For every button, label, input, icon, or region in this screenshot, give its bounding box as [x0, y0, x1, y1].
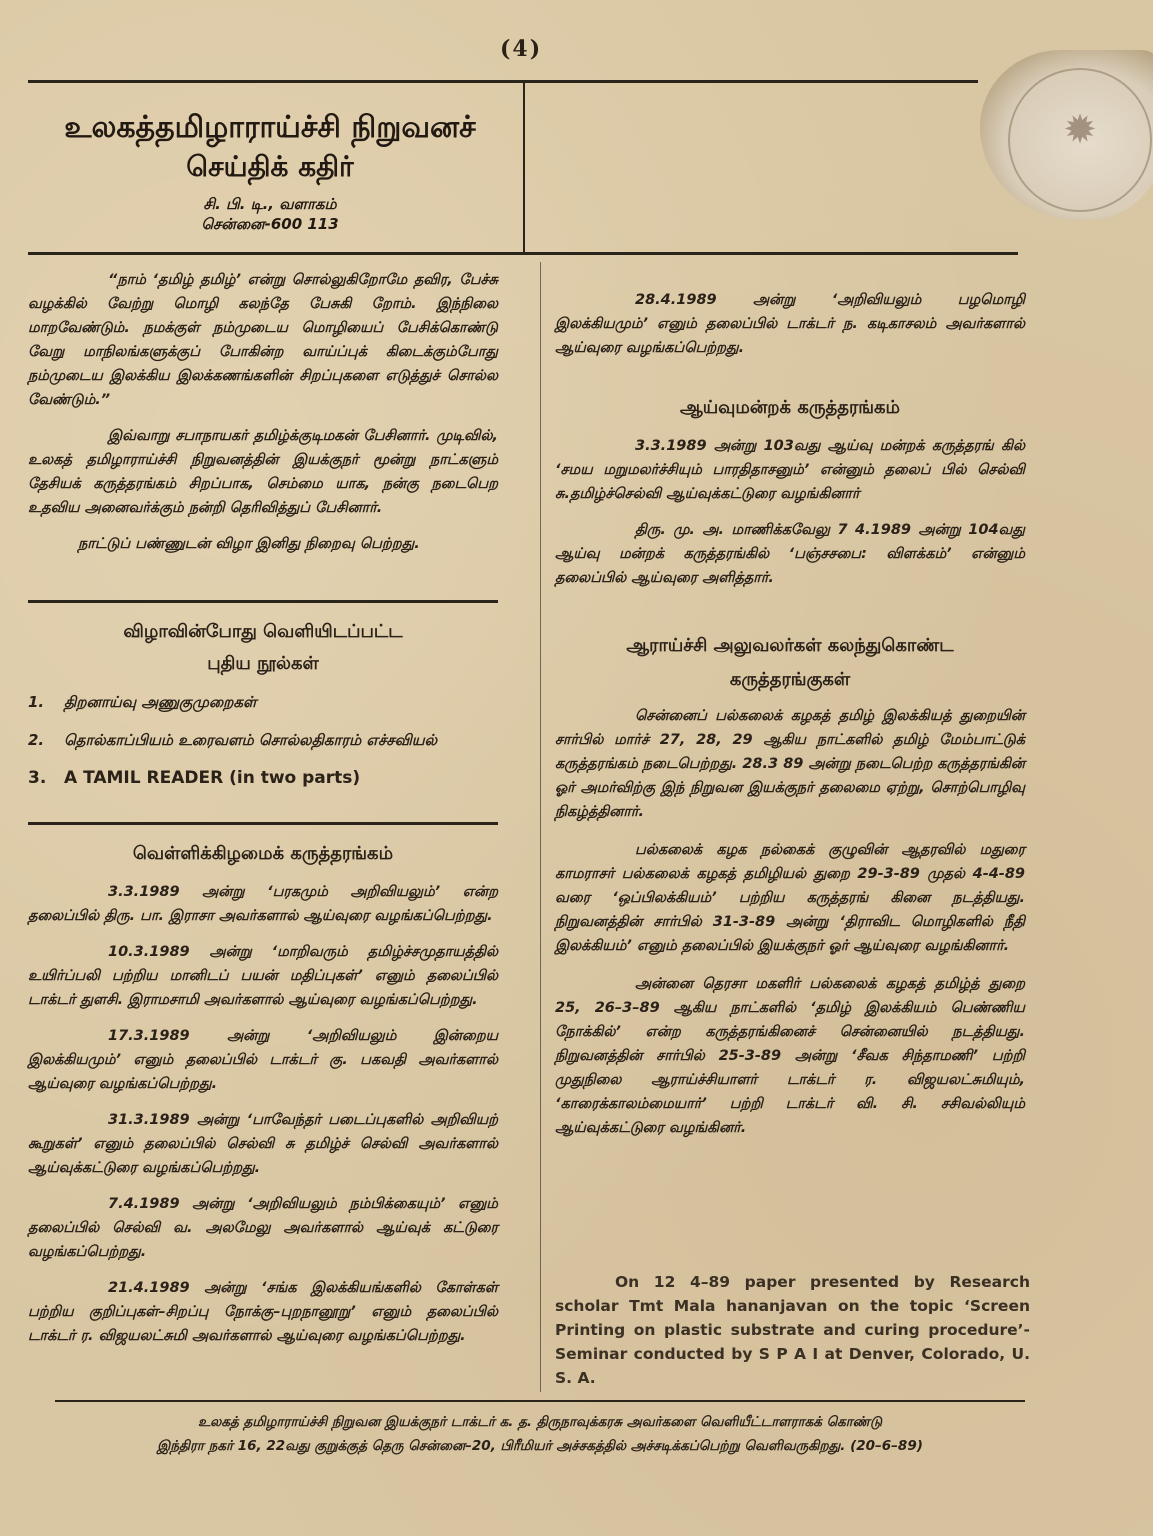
institution-seal-icon: ✹: [1008, 68, 1152, 212]
top-rule: [28, 80, 978, 83]
masthead-title: உலகத்தமிழாராய்ச்சி நிறுவனச்: [20, 110, 520, 149]
seminar-entry: 21.4.1989 அன்று ‘சங்க இலக்கியங்களில் கோள…: [28, 1276, 498, 1348]
books-heading: விழாவின்போது வெளியிடப்பட்ட: [28, 620, 498, 644]
forum-entry: திரு. மு. அ. மாணிக்கவேலு 7 4.1989 அன்று …: [555, 518, 1025, 590]
footer-rule: [55, 1400, 1025, 1402]
seminar-entry: 3.3.1989 அன்று ‘பரகமும் அறிவியலும்’ என்ற…: [28, 880, 498, 928]
book-item: 2.தொல்காப்பியம் உரைவளம் சொல்லதிகாரம் எச்…: [28, 728, 498, 752]
masthead-bottom-rule: [28, 252, 1018, 255]
closing-paragraph: இவ்வாறு சபாநாயகர் தமிழ்க்குடிமகன் பேசினா…: [28, 424, 498, 520]
books-subheading: புதிய நூல்கள்: [28, 652, 498, 676]
friday-seminar-section: வெள்ளிக்கிழமைக் கருத்தரங்கம் 3.3.1989 அன…: [28, 842, 498, 1348]
officers-subheading: கருத்தரங்குகள்: [555, 668, 1025, 692]
right-column: 28.4.1989 அன்று ‘அறிவியலும் பழமொழி இலக்க…: [555, 288, 1025, 1140]
left-column: “நாம் ‘தமிழ் தமிழ்’ என்று சொல்லுகிறோமே த…: [28, 268, 498, 556]
book-item: 3.A TAMIL READER (in two parts): [28, 766, 498, 790]
section-rule: [28, 822, 498, 825]
page-number: (4): [500, 36, 542, 62]
masthead-address: சி. பி. டி., வளாகம்: [20, 195, 520, 215]
masthead-city: சென்னை-600 113: [20, 215, 520, 235]
anthem-line: நாட்டுப் பண்ணுடன் விழா இனிது நிறைவு பெற்…: [28, 532, 498, 556]
officers-heading: ஆராய்ச்சி அலுவலர்கள் கலந்துகொண்ட: [555, 634, 1025, 658]
books-section: விழாவின்போது வெளியிடப்பட்ட புதிய நூல்கள்…: [28, 620, 498, 790]
officers-paragraph: சென்னைப் பல்கலைக் கழகத் தமிழ் இலக்கியத் …: [555, 704, 1025, 824]
section-rule: [28, 600, 498, 603]
imprint-line-2: இந்திரா நகர் 16, 22வது குறுக்குத் தெரு ச…: [40, 1434, 1040, 1458]
speech-quote: “நாம் ‘தமிழ் தமிழ்’ என்று சொல்லுகிறோமே த…: [28, 268, 498, 412]
seminar-entry: 28.4.1989 அன்று ‘அறிவியலும் பழமொழி இலக்க…: [555, 288, 1025, 360]
masthead-subtitle: செய்திக் கதிர்: [20, 150, 520, 187]
column-divider: [540, 262, 541, 1392]
seminar-entry: 10.3.1989 அன்று ‘மாறிவரும் தமிழ்ச்சமுதாய…: [28, 940, 498, 1012]
friday-heading: வெள்ளிக்கிழமைக் கருத்தரங்கம்: [28, 842, 498, 866]
seminar-entry: 7.4.1989 அன்று ‘அறிவியலும் நம்பிக்கையும்…: [28, 1192, 498, 1264]
forum-entry: 3.3.1989 அன்று 103வது ஆய்வு மன்றக் கருத்…: [555, 434, 1025, 506]
english-paragraph: On 12 4–89 paper presented by Research s…: [555, 1270, 1030, 1390]
imprint-line-1: உலகத் தமிழாராய்ச்சி நிறுவன இயக்குநர் டாக…: [40, 1410, 1040, 1434]
book-item: 1.திறனாய்வு அணுகுமுறைகள்: [28, 690, 498, 714]
officers-paragraph: பல்கலைக் கழக நல்கைக் குழுவின் ஆதரவில் மத…: [555, 838, 1025, 958]
institution-seal: ✹: [980, 50, 1153, 220]
seminar-entry: 31.3.1989 அன்று ‘பாவேந்தர் படைப்புகளில் …: [28, 1108, 498, 1180]
masthead-divider: [523, 82, 525, 252]
seminar-entry: 17.3.1989 அன்று ‘அறிவியலும் இன்றைய இலக்க…: [28, 1024, 498, 1096]
forum-heading: ஆய்வுமன்றக் கருத்தரங்கம்: [555, 396, 1025, 420]
officers-paragraph: அன்னை தெரசா மகளிர் பல்கலைக் கழகத் தமிழ்த…: [555, 972, 1025, 1140]
